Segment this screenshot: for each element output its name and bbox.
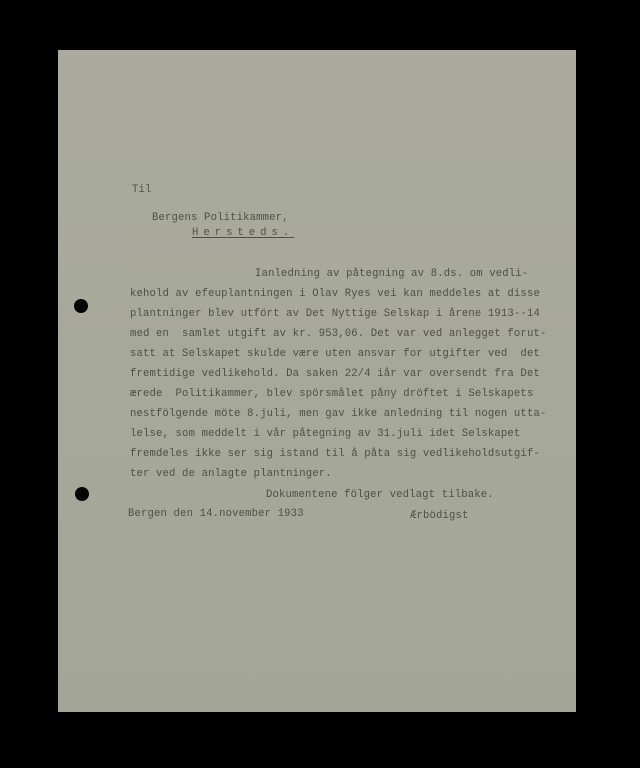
letter-page: Til Bergens Politikammer, Hersteds. Ianl… [58,50,576,712]
body-line: fremtidige vedlikehold. Da saken 22/4 iå… [130,368,540,380]
closing: Ærbödigst [410,510,469,522]
punch-hole [74,299,88,313]
body-line: plantninger blev utfört av Det Nyttige S… [130,308,540,320]
body-line: nestfölgende möte 8.juli, men gav ikke a… [130,408,546,420]
recipient: Bergens Politikammer, [152,212,289,224]
body-line: ærede Politikammer, blev spörsmålet påny… [130,388,533,400]
date-line: Bergen den 14.november 1933 [128,508,304,520]
body-line: med en samlet utgift av kr. 953,06. Det … [130,328,546,340]
body-line: lelse, som meddelt i vår påtegning av 31… [130,428,520,440]
body-line: kehold av efeuplantningen i Olav Ryes ve… [130,288,540,300]
body-line: fremdeles ikke ser sig istand til å påta… [130,448,540,460]
body-line: Ianledning av påtegning av 8.ds. om vedl… [255,268,528,280]
salutation: Til [132,184,152,196]
punch-hole [75,487,89,501]
enclosure-note: Dokumentene fölger vedlagt tilbake. [266,489,494,501]
location: Hersteds. [192,227,294,239]
body-line: ter ved de anlagte plantninger. [130,468,332,480]
body-line: satt at Selskapet skulde være uten ansva… [130,348,540,360]
